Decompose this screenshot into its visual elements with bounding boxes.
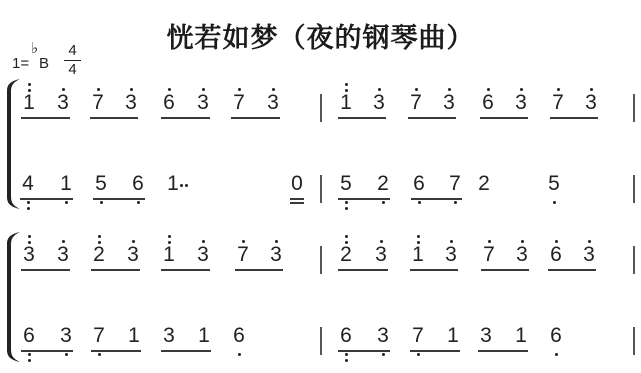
beam-underline [21,350,73,352]
barline [633,94,635,122]
octave-dot-high [275,240,278,243]
octave-dot-high [487,88,490,91]
octave-dot-high [168,235,171,238]
beam-underline [338,117,386,119]
note: 3 [440,91,458,115]
note: 3 [580,243,598,267]
note: 1 [20,91,38,115]
beam-underline [235,269,283,271]
octave-dot-low [65,201,68,204]
beam-underline [550,117,598,119]
barline [320,246,322,274]
octave-dot-high [28,241,31,244]
octave-dot-high [417,241,420,244]
note: 1 [409,243,427,267]
beam-underline [338,350,390,352]
note: 3 [442,243,460,267]
octave-dot-low [27,201,30,204]
note: 7 [407,91,425,115]
barline [633,175,635,203]
rest-underline [290,198,304,200]
note: 3 [513,243,531,267]
octave-dot-high [130,88,133,91]
note: 1 [125,324,143,348]
note: 3 [54,91,72,115]
note: 1 [195,324,213,348]
octave-dot-low [65,353,68,356]
octave-dot-low [345,359,348,362]
note: 3 [477,324,495,348]
octave-dot-high [62,88,65,91]
note: 6 [129,172,147,196]
octave-dot-high [168,88,171,91]
beam-underline [91,269,140,271]
note: 1 [444,324,462,348]
beam-underline [231,117,280,119]
beam-underline [161,350,211,352]
rest-underline [290,202,304,204]
octave-dot-low [137,201,140,204]
beam-underline [21,117,70,119]
octave-dot-high [97,88,100,91]
beam-underline [480,117,528,119]
octave-dot-high [378,88,381,91]
note: 7 [234,243,252,267]
note: 6 [230,324,248,348]
octave-dot-high [98,235,101,238]
note: 7 [480,243,498,267]
octave-dot-high [345,83,348,86]
octave-dot-high [132,240,135,243]
octave-dot-high [62,240,65,243]
note: 3 [264,91,282,115]
note: 3 [512,91,530,115]
beam-underline [481,269,529,271]
augmentation-dot [180,184,183,187]
barline [320,175,322,203]
barline [320,327,322,355]
note: 3 [20,243,38,267]
beam-underline [93,198,145,200]
octave-dot-low [417,353,420,356]
note: 3 [122,91,140,115]
octave-dot-low [238,353,241,356]
note: 5 [545,172,563,196]
note: 2 [374,172,392,196]
octave-dot-high [168,241,171,244]
note: 7 [90,324,108,348]
octave-dot-high [202,240,205,243]
augmentation-dot [185,184,188,187]
system-bracket-icon [2,232,22,362]
note: 4 [19,172,37,196]
octave-dot-low [553,201,556,204]
note: 6 [20,324,38,348]
octave-dot-high [520,88,523,91]
octave-dot-high [521,240,524,243]
octave-dot-low [98,353,101,356]
beam-underline [408,117,456,119]
octave-dot-low [345,201,348,204]
note: 3 [582,91,600,115]
beam-underline [478,350,528,352]
octave-dot-high [588,240,591,243]
beam-underline [338,269,388,271]
note: 3 [267,243,285,267]
octave-dot-high [28,89,31,92]
octave-dot-high [590,88,593,91]
note: 3 [194,91,212,115]
octave-dot-high [448,88,451,91]
beam-underline [20,198,73,200]
octave-dot-high [555,240,558,243]
octave-dot-high [272,88,275,91]
octave-dot-low [345,207,348,210]
score-canvas: 1373637313736373415610526725332313732313… [0,0,641,373]
note: 3 [372,243,390,267]
octave-dot-low [100,201,103,204]
note: 6 [547,324,565,348]
octave-dot-high [488,240,491,243]
note: 3 [124,243,142,267]
note: 2 [475,172,493,196]
note: 1 [337,91,355,115]
octave-dot-low [382,201,385,204]
octave-dot-high [557,88,560,91]
octave-dot-low [28,359,31,362]
note: 3 [160,324,178,348]
note: 6 [479,91,497,115]
note: 1 [164,172,182,196]
octave-dot-high [417,235,420,238]
note: 7 [230,91,248,115]
note: 2 [90,243,108,267]
octave-dot-high [380,240,383,243]
note: 2 [337,243,355,267]
beam-underline [161,269,210,271]
rest-note: 0 [288,172,306,196]
octave-dot-high [28,235,31,238]
octave-dot-high [345,241,348,244]
note: 5 [92,172,110,196]
note: 6 [337,324,355,348]
note: 6 [547,243,565,267]
beam-underline [410,350,460,352]
octave-dot-high [415,88,418,91]
note: 1 [512,324,530,348]
note: 1 [160,243,178,267]
octave-dot-low [27,207,30,210]
note: 7 [409,324,427,348]
beam-underline [161,117,210,119]
beam-underline [90,117,138,119]
octave-dot-low [345,353,348,356]
note: 3 [370,91,388,115]
note: 7 [89,91,107,115]
octave-dot-high [28,83,31,86]
note: 7 [446,172,464,196]
octave-dot-low [382,353,385,356]
note: 1 [57,172,75,196]
octave-dot-high [345,235,348,238]
note: 3 [374,324,392,348]
note: 3 [57,324,75,348]
barline [633,327,635,355]
note: 6 [160,91,178,115]
octave-dot-low [454,201,457,204]
note: 3 [54,243,72,267]
octave-dot-high [238,88,241,91]
octave-dot-high [345,89,348,92]
barline [320,94,322,122]
note: 5 [337,172,355,196]
beam-underline [21,269,70,271]
octave-dot-high [202,88,205,91]
octave-dot-high [98,241,101,244]
beam-underline [410,269,458,271]
beam-underline [338,198,390,200]
note: 7 [549,91,567,115]
note: 6 [410,172,428,196]
octave-dot-low [555,353,558,356]
note: 3 [194,243,212,267]
octave-dot-low [418,201,421,204]
beam-underline [548,269,596,271]
octave-dot-low [28,353,31,356]
beam-underline [411,198,462,200]
octave-dot-high [450,240,453,243]
octave-dot-high [242,240,245,243]
beam-underline [91,350,141,352]
barline [633,246,635,274]
